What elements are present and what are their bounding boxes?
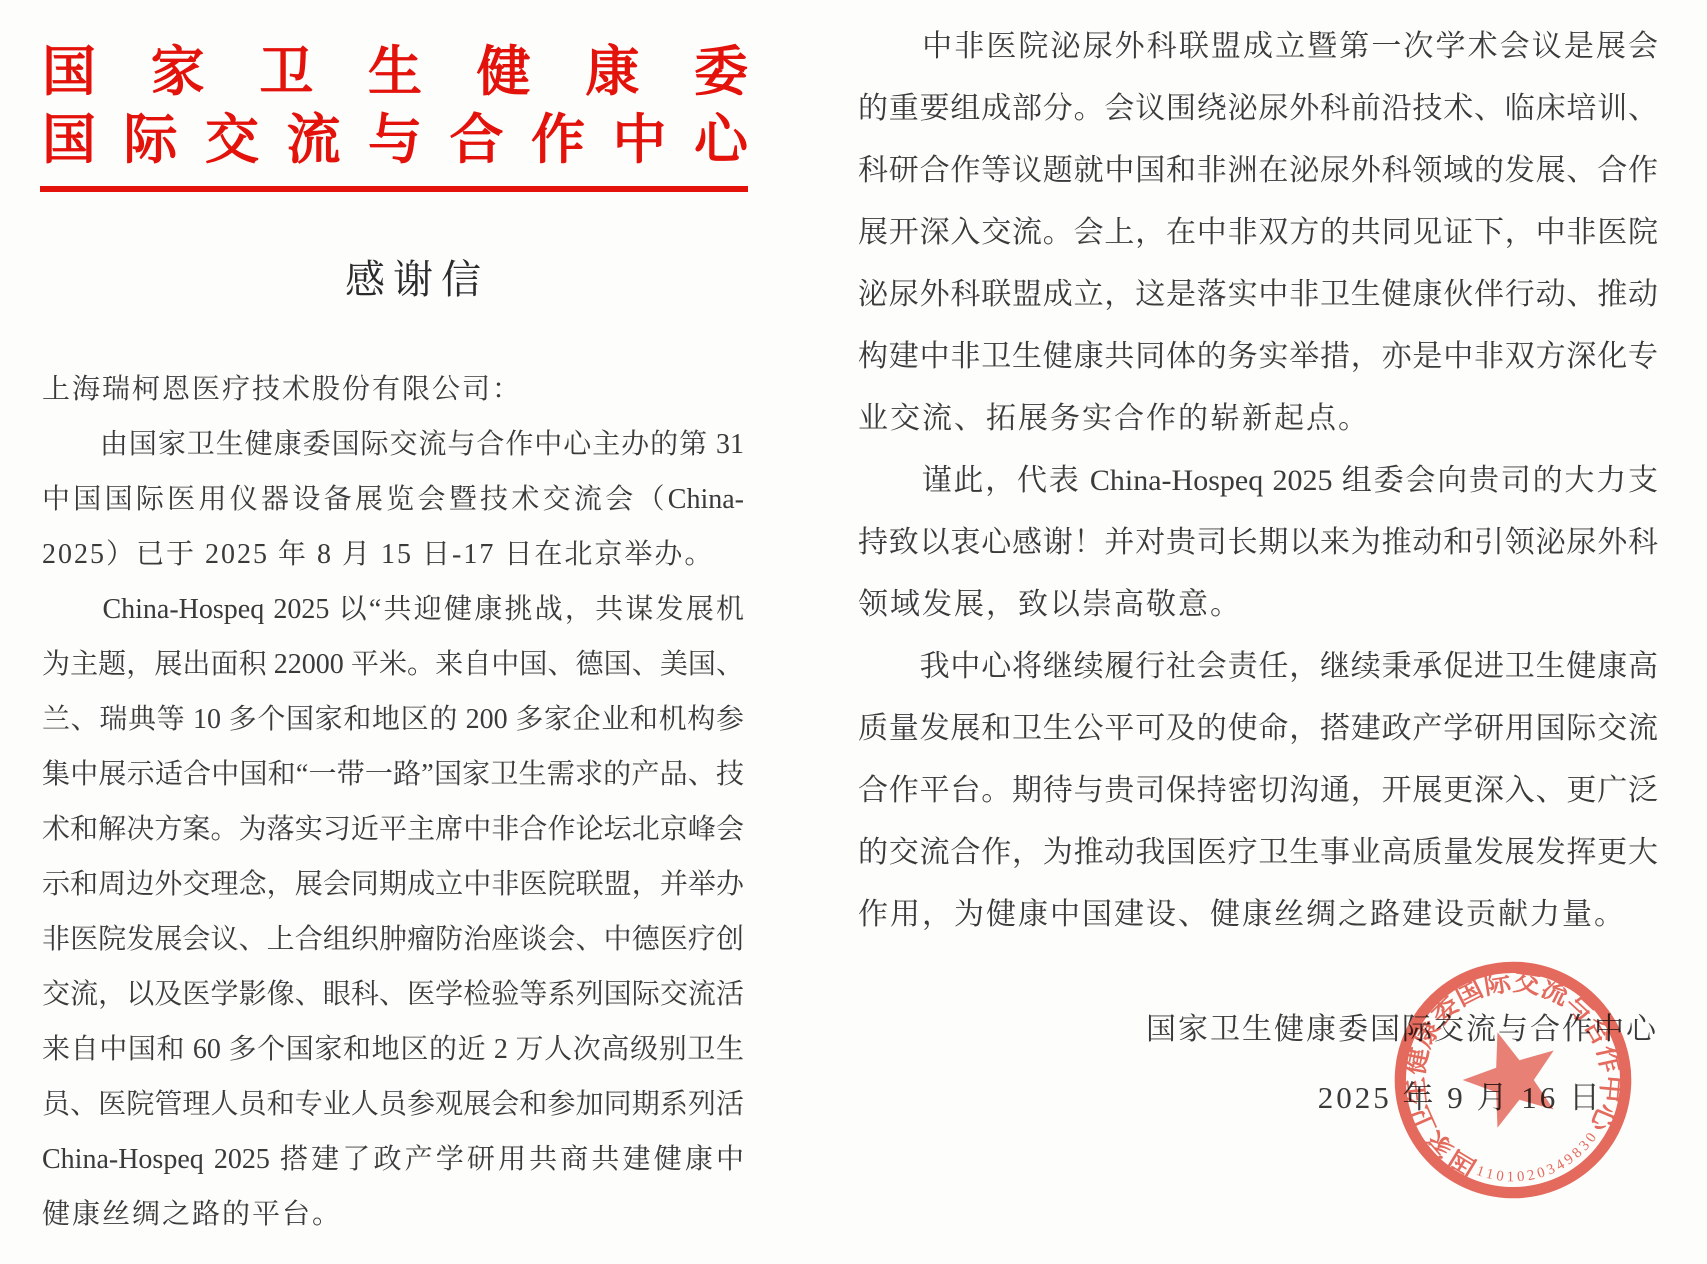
body-line: China-Hospeq 2025 搭建了政产学研用共商共建健康中国、 bbox=[42, 1132, 744, 1187]
body-line: 展开深入交流。会上，在中非双方的共同见证下，中非医院 bbox=[858, 202, 1658, 264]
body-line: 作用，为健康中国建设、健康丝绸之路建设贡献力量。 bbox=[858, 884, 1658, 946]
body-line: 非医院发展会议、上合组织肿瘤防治座谈会、中德医疗创新 bbox=[42, 912, 744, 967]
letterhead: 国家卫生健康委 国际交流与合作中心 bbox=[42, 38, 748, 174]
salutation-line: 上海瑞柯恩医疗技术股份有限公司： bbox=[42, 362, 744, 417]
body-line: 来自中国和 60 多个国家和地区的近 2 万人次高级别卫生官 bbox=[42, 1022, 744, 1077]
body-line: 构建中非卫生健康共同体的务实举措，亦是中非双方深化专 bbox=[858, 326, 1658, 388]
document-title: 感谢信 bbox=[42, 248, 792, 305]
body-line: 业交流、拓展务实合作的崭新起点。 bbox=[858, 388, 1658, 450]
body-line: 我中心将继续履行社会责任，继续秉承促进卫生健康高 bbox=[858, 636, 1658, 698]
letterhead-rule bbox=[40, 186, 748, 192]
body-line: 谨此，代表 China-Hospeq 2025 组委会向贵司的大力支 bbox=[858, 450, 1658, 512]
body-line: 健康丝绸之路的平台。 bbox=[42, 1187, 744, 1242]
signature-org: 国家卫生健康委国际交流与合作中心 bbox=[858, 1004, 1658, 1048]
body-line: 为主题，展出面积 22000 平米。来自中国、德国、美国、荷 bbox=[42, 637, 744, 692]
body-line: 交流，以及医学影像、眼科、医学检验等系列国际交流活动。 bbox=[42, 967, 744, 1022]
body-line: 持致以衷心感谢！并对贵司长期以来为推动和引领泌尿外科 bbox=[858, 512, 1658, 574]
letterhead-line-2: 国际交流与合作中心 bbox=[42, 106, 748, 174]
right-column: 中非医院泌尿外科联盟成立暨第一次学术会议是展会 的重要组成部分。会议围绕泌尿外科… bbox=[858, 16, 1658, 946]
body-line: China-Hospeq 2025 以“共迎健康挑战，共谋发展机遇” bbox=[42, 582, 744, 637]
letterhead-line-1: 国家卫生健康委 bbox=[42, 38, 748, 106]
body-line: 集中展示适合中国和“一带一路”国家卫生需求的产品、技 bbox=[42, 747, 744, 802]
body-line: 兰、瑞典等 10 多个国家和地区的 200 多家企业和机构参展， bbox=[42, 692, 744, 747]
body-line: 由国家卫生健康委国际交流与合作中心主办的第 31 届 bbox=[42, 417, 744, 472]
body-line: 2025）已于 2025 年 8 月 15 日-17 日在北京举办。 bbox=[42, 527, 744, 582]
body-line: 中国国际医用仪器设备展览会暨技术交流会（China-Hospeq bbox=[42, 472, 744, 527]
body-line: 示和周边外交理念，展会同期成立中非医院联盟，并举办中 bbox=[42, 857, 744, 912]
body-line: 的重要组成部分。会议围绕泌尿外科前沿技术、临床培训、 bbox=[858, 78, 1658, 140]
left-column: 上海瑞柯恩医疗技术股份有限公司： 由国家卫生健康委国际交流与合作中心主办的第 3… bbox=[42, 362, 744, 1242]
letter-page: 国家卫生健康委 国际交流与合作中心 感谢信 上海瑞柯恩医疗技术股份有限公司： 由… bbox=[0, 0, 1707, 1264]
body-line: 的交流合作，为推动我国医疗卫生事业高质量发展发挥更大 bbox=[858, 822, 1658, 884]
seal-number: 1101020349830 bbox=[1470, 1124, 1609, 1201]
body-line: 术和解决方案。为落实习近平主席中非合作论坛北京峰会指 bbox=[42, 802, 744, 857]
body-line: 科研合作等议题就中国和非洲在泌尿外科领域的发展、合作 bbox=[858, 140, 1658, 202]
body-line: 中非医院泌尿外科联盟成立暨第一次学术会议是展会 bbox=[858, 16, 1658, 78]
body-line: 泌尿外科联盟成立，这是落实中非卫生健康伙伴行动、推动 bbox=[858, 264, 1658, 326]
body-line: 员、医院管理人员和专业人员参观展会和参加同期系列活动。 bbox=[42, 1077, 744, 1132]
signature-date: 2025 年 9 月 16 日 bbox=[858, 1072, 1603, 1117]
body-line: 质量发展和卫生公平可及的使命，搭建政产学研用国际交流 bbox=[858, 698, 1658, 760]
body-line: 领域发展，致以崇高敬意。 bbox=[858, 574, 1658, 636]
body-line: 合作平台。期待与贵司保持密切沟通，开展更深入、更广泛 bbox=[858, 760, 1658, 822]
